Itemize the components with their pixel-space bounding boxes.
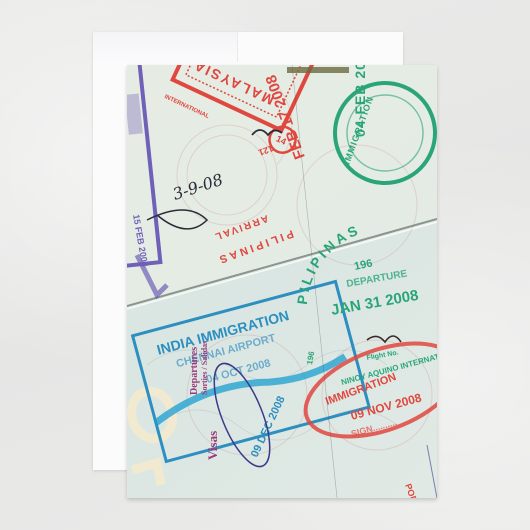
svg-text:Visas: Visas: [205, 431, 220, 460]
svg-text:Departures: Departures: [189, 347, 200, 395]
envelope-flap: [93, 32, 238, 62]
passport-stamp-card: 10 15 FEB 2008 MALAYSIA 14 INTERNATIONAL…: [127, 65, 437, 498]
card-artwork: 10 15 FEB 2008 MALAYSIA 14 INTERNATIONAL…: [127, 65, 437, 498]
olive-stamp-strip: [287, 67, 349, 73]
svg-text:Sorties / Salidas: Sorties / Salidas: [200, 341, 209, 395]
